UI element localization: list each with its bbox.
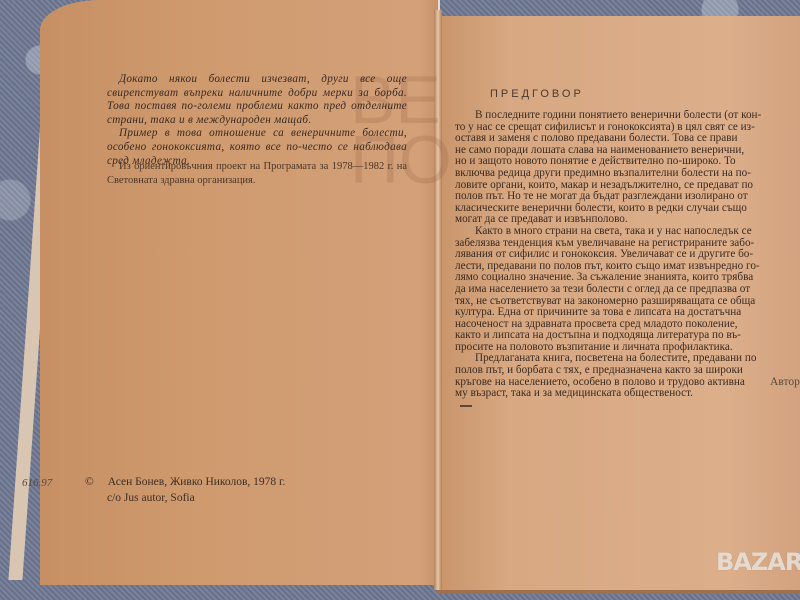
copyright-notice: ©Асен Бонев, Живко Николов, 1978 г. c/o … (85, 474, 285, 506)
page-dash (460, 405, 472, 407)
copyright-icon: © (85, 476, 94, 488)
epigraph: Докато някои болести изчезват, други все… (107, 73, 407, 168)
epigraph-source: Из ориентировъчния проект на Програмата … (107, 160, 407, 187)
page-title: ПРЕДГОВОР (490, 88, 584, 100)
preface-text: В последните години понятието венерични … (455, 110, 800, 400)
preface-line: В последните години понятието венерични … (455, 110, 800, 122)
preface-line: Както в много страни на света, така и у … (455, 226, 800, 238)
copyright-line: c/o Jus autor, Sofia (85, 490, 285, 506)
copyright-line: Асен Бонев, Живко Николов, 1978 г. (108, 476, 286, 488)
udc-code: 616.97 (22, 477, 52, 489)
author-signature: Авторите (770, 376, 800, 388)
bazar-watermark-logo: BAZAR (716, 548, 800, 576)
epigraph-paragraph: Докато някои болести изчезват, други все… (107, 73, 407, 127)
preface-line: му възраст, така и за медицинската общес… (455, 388, 800, 400)
preface-line: полов път. Но те не могат да бъдат разгл… (455, 191, 800, 203)
preface-line: лявания от сифилис и гонококсия. Увелича… (455, 249, 800, 261)
preface-line: полов път, и борбата с тях, е предназнач… (455, 365, 800, 377)
preface-line: включва редица други предимно възпалител… (455, 168, 800, 180)
preface-line: да има населението за тези болести с огл… (455, 284, 800, 296)
preface-line: култура. Една от причините за това е лип… (455, 307, 800, 319)
